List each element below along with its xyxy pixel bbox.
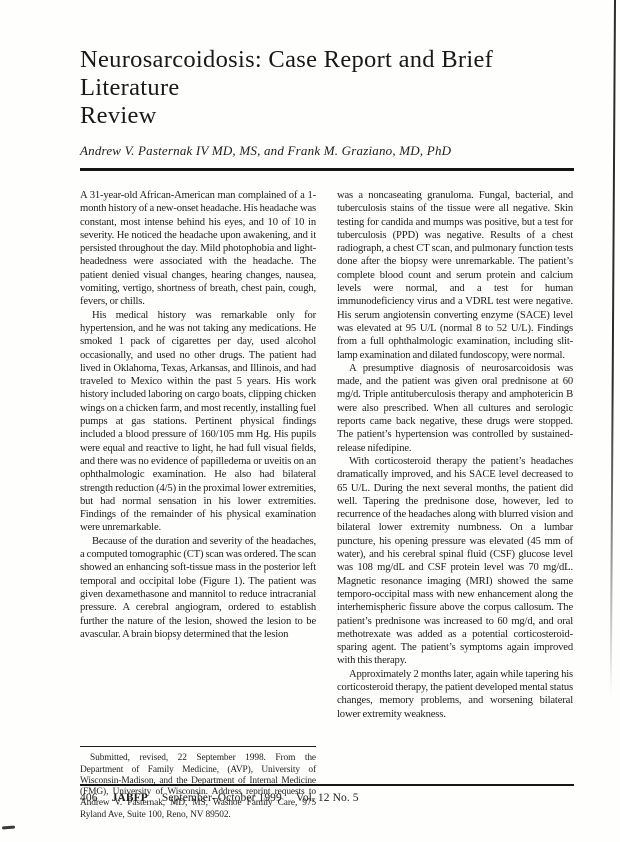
- footnote-rule: [80, 746, 316, 748]
- paragraph-ct-scan: Because of the duration and severity of …: [80, 535, 316, 641]
- authors-byline: Andrew V. Pasternak IV MD, MS, and Frank…: [80, 143, 574, 159]
- paragraph-corticosteroid-course: With corticosteroid therapy the patient’…: [337, 455, 573, 668]
- volume-number: Vol. 12 No. 5: [296, 792, 359, 804]
- page-number: 406: [80, 792, 98, 804]
- page-title-line-2: Review: [80, 102, 157, 129]
- paragraph-biopsy-results: was a noncaseating granuloma. Fungal, ba…: [337, 189, 573, 362]
- footer-text: 406JABFPSeptember–October 1999Vol. 12 No…: [80, 792, 574, 804]
- right-column: was a noncaseating granuloma. Fungal, ba…: [337, 189, 573, 821]
- footnote-block: Submitted, revised, 22 September 1998. F…: [80, 738, 316, 821]
- paragraph-medical-history: His medical history was remarkable only …: [80, 309, 316, 535]
- left-column: A 31-year-old African-American man compl…: [80, 189, 316, 821]
- footer-rule: [80, 784, 574, 786]
- issue-date: September–October 1999: [162, 792, 282, 804]
- scan-smudge-artifact: [2, 826, 15, 830]
- header-rule: [80, 168, 574, 171]
- page-title: Neurosarcoidosis: Case Report and Brief …: [80, 46, 574, 130]
- page-footer: 406JABFPSeptember–October 1999Vol. 12 No…: [80, 784, 574, 804]
- page-content: Neurosarcoidosis: Case Report and Brief …: [80, 46, 574, 821]
- paragraph-case-intro: A 31-year-old African-American man compl…: [80, 189, 316, 309]
- paragraph-diagnosis-treatment: A presumptive diagnosis of neurosarcoido…: [337, 362, 573, 455]
- journal-page: Neurosarcoidosis: Case Report and Brief …: [0, 0, 620, 842]
- scan-edge-artifact: [610, 0, 616, 695]
- page-title-line-1: Neurosarcoidosis: Case Report and Brief …: [80, 46, 493, 101]
- article-body: A 31-year-old African-American man compl…: [80, 189, 574, 821]
- paragraph-relapse: Approximately 2 months later, again whil…: [337, 668, 573, 721]
- journal-abbreviation: JABFP: [112, 792, 148, 804]
